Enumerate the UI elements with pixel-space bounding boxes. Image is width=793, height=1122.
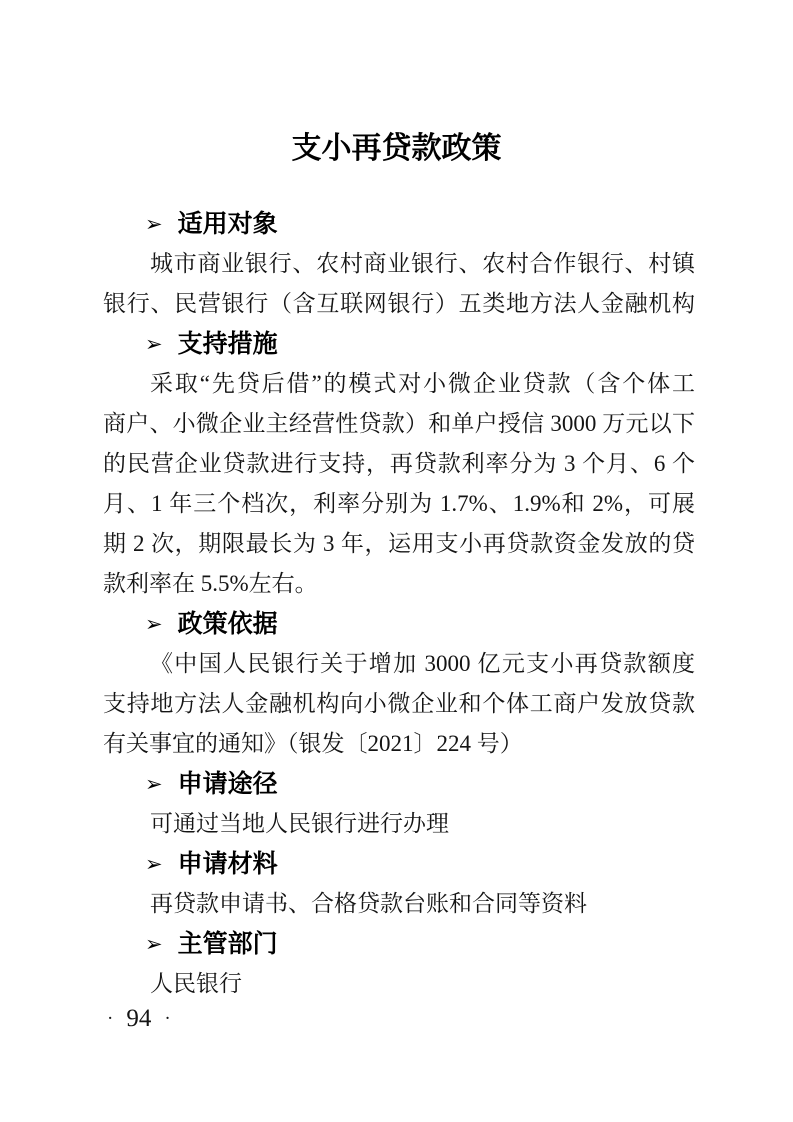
document-body: ➢适用对象 城市商业银行、农村商业银行、农村合作银行、村镇 银行、民营银行（含互… (103, 204, 695, 1004)
arrow-bullet-icon: ➢ (145, 604, 163, 644)
arrow-bullet-icon: ➢ (145, 924, 163, 964)
section-heading-2: ➢支持措施 (103, 324, 695, 364)
paragraph-line: 《中国人民银行关于增加 3000 亿元支小再贷款额度 (103, 644, 695, 684)
paragraph-line: 支持地方法人金融机构向小微企业和个体工商户发放贷款 (103, 684, 695, 724)
paragraph-line: 人民银行 (103, 964, 695, 1004)
section-heading-label: 政策依据 (178, 609, 278, 638)
section-heading-label: 支持措施 (178, 329, 278, 358)
page-number-dot: · (164, 1002, 170, 1036)
page-number: · 94 · (107, 1002, 171, 1036)
paragraph-line: 期 2 次，期限最长为 3 年，运用支小再贷款资金发放的贷 (103, 524, 695, 564)
section-heading-3: ➢政策依据 (103, 604, 695, 644)
paragraph-line: 可通过当地人民银行进行办理 (103, 804, 695, 844)
document-page: 支小再贷款政策 ➢适用对象 城市商业银行、农村商业银行、农村合作银行、村镇 银行… (0, 0, 793, 1122)
paragraph-line: 银行、民营银行（含互联网银行）五类地方法人金融机构 (103, 284, 695, 324)
page-number-dot: · (107, 1002, 113, 1036)
section-heading-6: ➢主管部门 (103, 924, 695, 964)
arrow-bullet-icon: ➢ (145, 204, 163, 244)
page-number-value: 94 (126, 1002, 151, 1036)
paragraph-line: 有关事宜的通知》（银发〔2021〕224 号） (103, 724, 695, 764)
section-heading-1: ➢适用对象 (103, 204, 695, 244)
section-heading-label: 申请材料 (178, 849, 278, 878)
paragraph-line: 城市商业银行、农村商业银行、农村合作银行、村镇 (103, 244, 695, 284)
paragraph-line: 月、1 年三个档次，利率分别为 1.7%、1.9%和 2%，可展 (103, 484, 695, 524)
page-title: 支小再贷款政策 (0, 128, 793, 170)
arrow-bullet-icon: ➢ (145, 764, 163, 804)
paragraph-line: 款利率在 5.5%左右。 (103, 564, 695, 604)
paragraph-line: 再贷款申请书、合格贷款台账和合同等资料 (103, 884, 695, 924)
arrow-bullet-icon: ➢ (145, 324, 163, 364)
paragraph-line: 的民营企业贷款进行支持，再贷款利率分为 3 个月、6 个 (103, 444, 695, 484)
section-heading-label: 申请途径 (178, 769, 278, 798)
section-heading-4: ➢申请途径 (103, 764, 695, 804)
arrow-bullet-icon: ➢ (145, 844, 163, 884)
paragraph-line: 采取“先贷后借”的模式对小微企业贷款（含个体工 (103, 364, 695, 404)
section-heading-label: 主管部门 (178, 929, 278, 958)
section-heading-5: ➢申请材料 (103, 844, 695, 884)
paragraph-line: 商户、小微企业主经营性贷款）和单户授信 3000 万元以下 (103, 404, 695, 444)
section-heading-label: 适用对象 (178, 209, 278, 238)
